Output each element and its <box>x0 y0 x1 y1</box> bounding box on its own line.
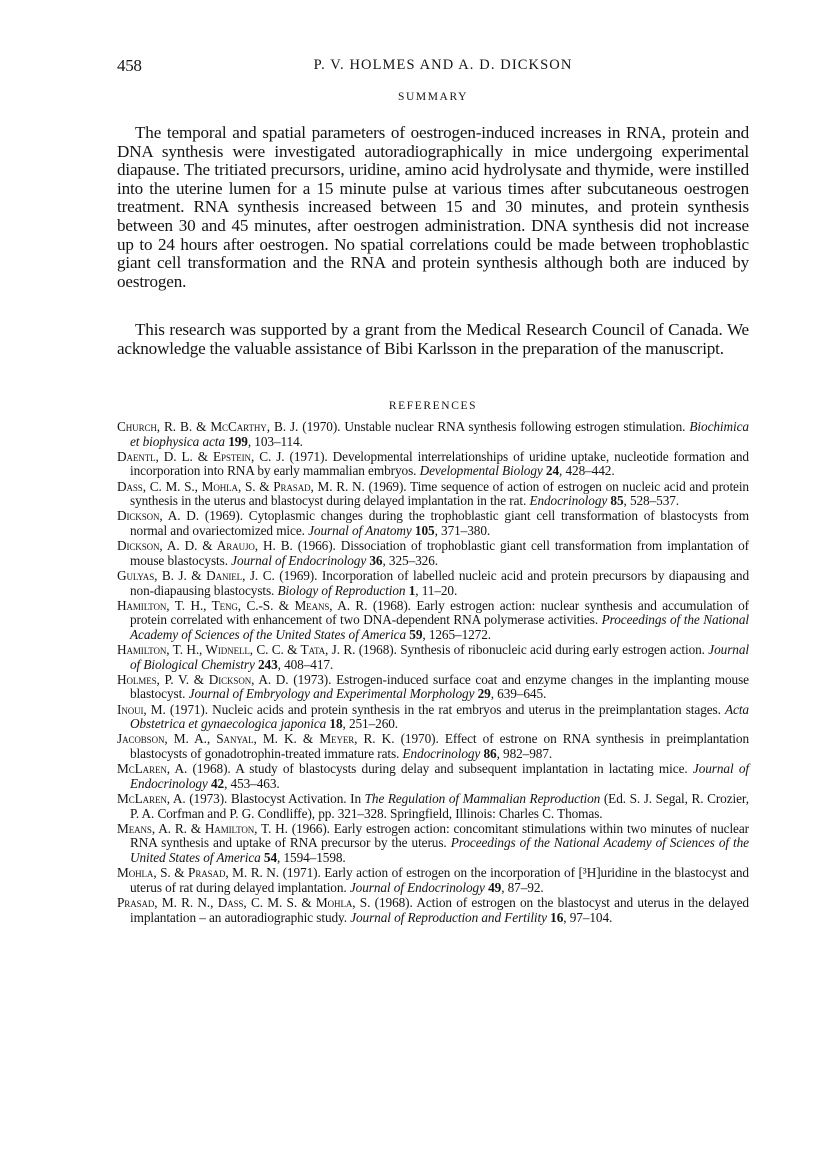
reference-authors: McLaren, A. <box>117 761 187 776</box>
running-title: P. V. HOLMES AND A. D. DICKSON <box>117 57 749 74</box>
reference-journal: The Regulation of Mammalian Reproduction <box>365 791 601 806</box>
reference-item: Prasad, M. R. N., Dass, C. M. S. & Mohla… <box>117 896 749 925</box>
reference-volume: 36 <box>369 553 382 568</box>
reference-volume: 59 <box>409 627 422 642</box>
reference-item: Inoui, M. (1971). Nucleic acids and prot… <box>117 703 749 732</box>
reference-journal: Developmental Biology <box>420 463 543 478</box>
reference-pages: , 1265–1272. <box>422 627 491 642</box>
reference-item: Gulyas, B. J. & Daniel, J. C. (1969). In… <box>117 569 749 598</box>
reference-volume: 105 <box>415 523 435 538</box>
reference-pages: , 639–645. <box>491 686 547 701</box>
reference-pages: , 453–463. <box>224 776 280 791</box>
reference-item: Hamilton, T. H., Widnell, C. C. & Tata, … <box>117 643 749 672</box>
reference-item: Holmes, P. V. & Dickson, A. D. (1973). E… <box>117 673 749 702</box>
reference-authors: Church, R. B. & McCarthy, B. J. <box>117 419 298 434</box>
reference-item: Dass, C. M. S., Mohla, S. & Prasad, M. R… <box>117 480 749 509</box>
reference-volume: 29 <box>478 686 491 701</box>
reference-item: Jacobson, M. A., Sanyal, M. K. & Meyer, … <box>117 732 749 761</box>
reference-year: (1971). <box>290 449 328 464</box>
reference-authors: Dass, C. M. S., Mohla, S. & Prasad, M. R… <box>117 479 365 494</box>
reference-volume: 243 <box>258 657 278 672</box>
reference-year: (1973). <box>293 672 331 687</box>
reference-year: (1970). <box>401 731 439 746</box>
reference-item: Dickson, A. D. (1969). Cytoplasmic chang… <box>117 509 749 538</box>
reference-authors: Dickson, A. D. & Araujo, H. B. <box>117 538 293 553</box>
summary-heading: SUMMARY <box>117 91 749 103</box>
reference-volume: 54 <box>264 850 277 865</box>
references-heading: REFERENCES <box>117 400 749 412</box>
reference-pages: , 428–442. <box>559 463 615 478</box>
reference-journal: Journal of Endocrinology <box>231 553 366 568</box>
reference-journal: Endocrinology <box>403 746 481 761</box>
reference-volume: 42 <box>211 776 224 791</box>
reference-volume: 85 <box>610 493 623 508</box>
reference-pages: , 251–260. <box>343 716 399 731</box>
reference-year: (1971). <box>170 702 208 717</box>
reference-item: McLaren, A. (1973). Blastocyst Activatio… <box>117 792 749 821</box>
reference-authors: Prasad, M. R. N., Dass, C. M. S. & Mohla… <box>117 895 370 910</box>
reference-authors: McLaren, A. <box>117 791 186 806</box>
reference-authors: Inoui, M. <box>117 702 166 717</box>
references-list: Church, R. B. & McCarthy, B. J. (1970). … <box>117 420 749 926</box>
reference-authors: Means, A. R. & Hamilton, T. H. <box>117 821 288 836</box>
reference-year: (1969). <box>205 508 243 523</box>
reference-year: (1969). <box>368 479 406 494</box>
reference-volume: 16 <box>550 910 563 925</box>
reference-pages: , 325–326. <box>382 553 438 568</box>
reference-year: (1971). <box>283 865 321 880</box>
reference-title: Unstable nuclear RNA synthesis following… <box>344 419 685 434</box>
reference-pages: , 87–92. <box>501 880 543 895</box>
reference-authors: Holmes, P. V. & Dickson, A. D. <box>117 672 289 687</box>
reference-pages: , 982–987. <box>497 746 553 761</box>
reference-journal: Journal of Embryology and Experimental M… <box>189 686 475 701</box>
reference-volume: 86 <box>483 746 496 761</box>
reference-item: Hamilton, T. H., Teng, C.-S. & Means, A.… <box>117 599 749 643</box>
reference-pages: , 371–380. <box>435 523 491 538</box>
reference-authors: Hamilton, T. H., Widnell, C. C. & Tata, … <box>117 642 355 657</box>
reference-journal: Journal of Endocrinology <box>350 880 485 895</box>
reference-volume: 18 <box>329 716 342 731</box>
reference-pages: , 528–537. <box>624 493 680 508</box>
reference-year: (1968). <box>193 761 231 776</box>
reference-year: (1970). <box>302 419 340 434</box>
reference-volume: 24 <box>546 463 559 478</box>
running-head: 458 P. V. HOLMES AND A. D. DICKSON <box>117 56 749 78</box>
reference-journal: Biology of Reproduction <box>278 583 406 598</box>
reference-year: (1969). <box>279 568 317 583</box>
reference-volume: 199 <box>228 434 248 449</box>
reference-authors: Daentl, D. L. & Epstein, C. J. <box>117 449 285 464</box>
reference-year: (1973). <box>189 791 227 806</box>
reference-title: A study of blastocysts during delay and … <box>235 761 687 776</box>
reference-year: (1966). <box>298 538 336 553</box>
reference-pages: , 97–104. <box>563 910 612 925</box>
reference-year: (1968). <box>359 642 397 657</box>
reference-authors: Mohla, S. & Prasad, M. R. N. <box>117 865 279 880</box>
reference-volume: 49 <box>488 880 501 895</box>
reference-item: McLaren, A. (1968). A study of blastocys… <box>117 762 749 791</box>
reference-pages: , 103–114. <box>248 434 303 449</box>
reference-pages: , 11–20. <box>415 583 457 598</box>
reference-year: (1968). <box>375 895 413 910</box>
reference-authors: Gulyas, B. J. & Daniel, J. C. <box>117 568 275 583</box>
reference-item: Dickson, A. D. & Araujo, H. B. (1966). D… <box>117 539 749 568</box>
reference-journal: Endocrinology <box>529 493 607 508</box>
reference-year: (1966). <box>292 821 330 836</box>
reference-item: Means, A. R. & Hamilton, T. H. (1966). E… <box>117 822 749 866</box>
reference-title: Synthesis of ribonucleic acid during ear… <box>400 642 705 657</box>
reference-item: Church, R. B. & McCarthy, B. J. (1970). … <box>117 420 749 449</box>
reference-year: (1968). <box>373 598 411 613</box>
reference-authors: Dickson, A. D. <box>117 508 199 523</box>
reference-authors: Hamilton, T. H., Teng, C.-S. & Means, A.… <box>117 598 367 613</box>
reference-item: Daentl, D. L. & Epstein, C. J. (1971). D… <box>117 450 749 479</box>
reference-authors: Jacobson, M. A., Sanyal, M. K. & Meyer, … <box>117 731 394 746</box>
reference-item: Mohla, S. & Prasad, M. R. N. (1971). Ear… <box>117 866 749 895</box>
reference-pages: , 1594–1598. <box>277 850 346 865</box>
reference-title: Blastocyst Activation. In <box>231 791 361 806</box>
reference-journal: Journal of Reproduction and Fertility <box>350 910 547 925</box>
reference-journal: Journal of Anatomy <box>308 523 412 538</box>
summary-paragraph: The temporal and spatial parameters of o… <box>117 124 749 291</box>
acknowledgement-paragraph: This research was supported by a grant f… <box>117 321 749 358</box>
reference-pages: , 408–417. <box>278 657 334 672</box>
reference-title: Nucleic acids and protein synthesis in t… <box>212 702 721 717</box>
